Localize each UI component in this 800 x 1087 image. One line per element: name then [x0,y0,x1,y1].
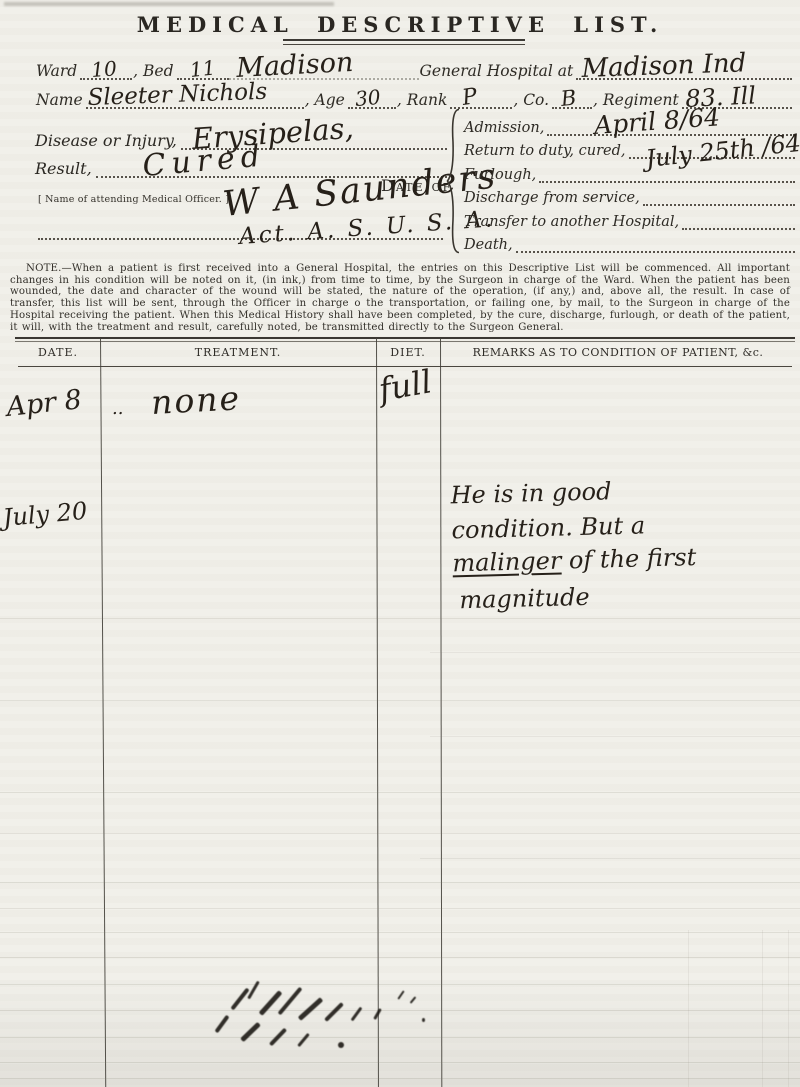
page-title: MEDICAL DESCRIPTIVE LIST. [0,12,800,37]
co-field: B [552,89,592,109]
transfer-label: Transfer to another Hospital, [463,214,682,230]
name-label: Name [35,91,86,109]
table-header-diet: DIET. [378,346,438,359]
hospital-place-field: Madison Ind [576,60,792,80]
discharge-field [643,186,795,206]
scan-streak [4,2,334,6]
date-of-row-transfer: Transfer to another Hospital, [463,206,795,230]
admission-label: Admission, [463,120,547,136]
scanned-document-page: MEDICAL DESCRIPTIVE LIST. Ward 10 , Bed … [0,0,800,1087]
curly-brace-icon [445,108,461,254]
ink-smudge [190,980,450,1070]
ward-label: Ward [35,62,80,80]
table-column-line-3 [440,338,443,1087]
table-top-rule-2 [15,341,795,342]
rank-label: , Rank [396,91,451,109]
table-header-date: DATE. [18,346,98,359]
discharge-label: Discharge from service, [463,190,643,206]
date-of-row-death: Death, [463,230,795,254]
return-to-duty-field: July 25th /64 [629,139,795,159]
hospital-name-field: Madison [229,60,419,80]
hospital-label: General Hospital at [419,62,577,80]
date-of-row-discharge: Discharge from service, [463,183,795,207]
admission-value-handwriting: April 8/64 [594,104,722,138]
date-of-block: Admission, April 8/64 Return to duty, cu… [463,112,795,253]
age-value-handwriting: 30 [354,87,381,109]
rank-value-handwriting: P [461,86,479,110]
remarks-line-4: magnitude [459,575,789,619]
medical-officer-caption: [ Name of attending Medical Officer. ] [38,194,229,205]
field-line-ward: Ward 10 , Bed 11 Madison General Hospita… [35,56,792,80]
remarks-line-3-rest: of the first [561,543,697,575]
table-top-rule [15,337,795,339]
note-paragraph: NOTE.—When a patient is first received i… [10,263,790,333]
table-header-remarks: REMARKS AS TO CONDITION OF PATIENT, &c. [443,346,793,359]
result-value-handwriting: Cured [141,141,267,182]
remarks-handwriting: He is in good condition. But a malinger … [450,470,789,619]
date-of-row-return: Return to duty, cured, July 25th /64 [463,136,795,160]
death-label: Death, [463,237,516,253]
remarks-underlined-word: malinger [452,547,562,578]
rank-field: P [450,89,512,109]
age-field: 30 [348,89,396,109]
death-field [516,233,795,253]
result-label: Result, [35,159,96,178]
hospital-place-handwriting: Madison Ind [581,50,747,82]
entry2-date-handwriting: July 20 [2,499,88,530]
co-value-handwriting: B [560,88,578,110]
date-of-row-furlough: Furlough, [463,159,795,183]
ward-value-handwriting: 10 [91,58,118,80]
table-header-treatment: TREATMENT. [103,346,373,359]
name-field: Sleeter Nichols [86,89,304,109]
transfer-field [682,210,795,230]
entry1-date-handwriting: Apr 8 [5,386,83,421]
table-column-line-1 [100,338,107,1087]
name-value-handwriting: Sleeter Nichols [87,81,267,110]
hospital-name-handwriting: Madison [235,49,353,82]
entry1-ditto-marks: .. [112,400,123,418]
entry1-diet-handwriting: full [376,365,434,406]
bed-value-handwriting: 11 [188,57,215,80]
date-of-row-admission: Admission, April 8/64 [463,112,795,136]
title-double-rule [283,39,525,45]
age-label: , Age [304,91,348,109]
bed-label: , Bed [132,62,176,80]
return-to-duty-label: Return to duty, cured, [463,143,629,159]
co-label: , Co. [512,91,552,109]
furlough-label: Furlough, [463,167,539,183]
ward-field: 10 [80,60,132,80]
entry1-treatment-handwriting: none [150,381,242,419]
furlough-field [539,163,795,183]
table-column-line-2 [376,338,379,1087]
bed-field: 11 [177,60,229,80]
